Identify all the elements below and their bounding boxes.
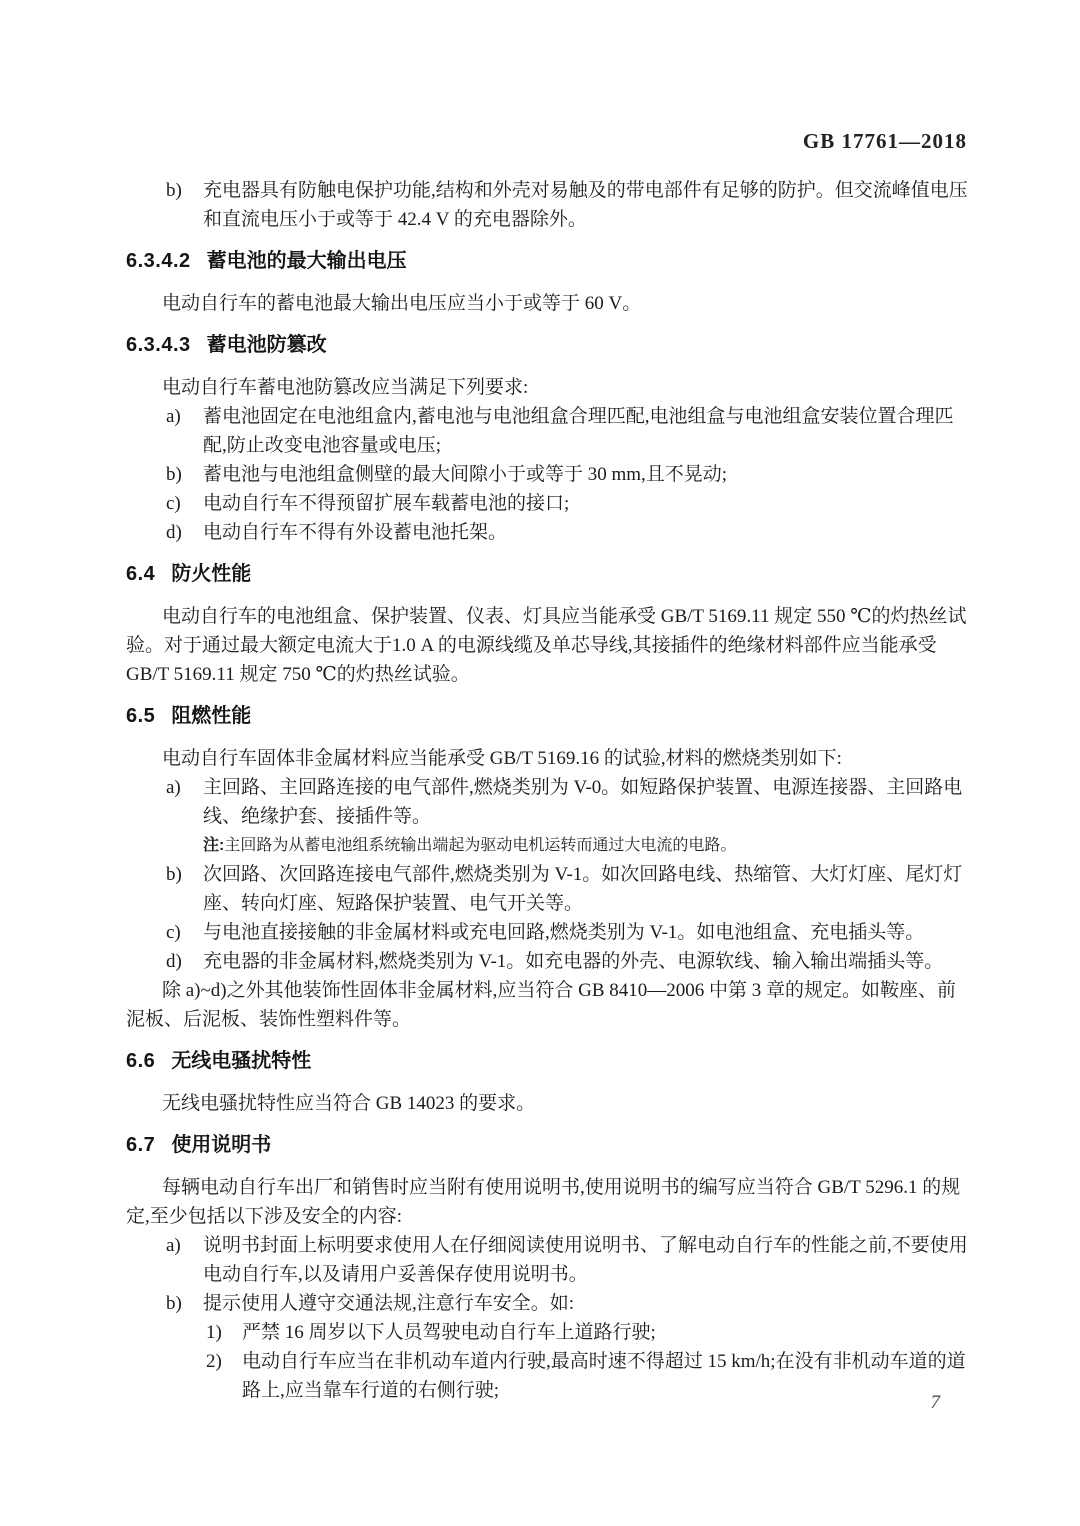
list-marker: a) — [166, 402, 181, 431]
list-item-65-b: b) 次回路、次回路连接电气部件,燃烧类别为 V-1。如次回路电线、热缩管、大灯… — [126, 860, 968, 918]
document-page: GB 17761—2018 b) 充电器具有防触电保护功能,结构和外壳对易触及的… — [0, 0, 1080, 1526]
section-title: 蓄电池的最大输出电压 — [207, 250, 407, 272]
list-marker: a) — [166, 773, 181, 802]
sublist-marker: 2) — [206, 1347, 222, 1376]
list-item-text: 提示使用人遵守交通法规,注意行车安全。如: — [203, 1293, 574, 1314]
section-heading-6-7: 6.7使用说明书 — [126, 1131, 968, 1160]
paragraph-6-6: 无线电骚扰特性应当符合 GB 14023 的要求。 — [126, 1089, 968, 1118]
list-item-text: 说明书封面上标明要求使用人在仔细阅读使用说明书、了解电动自行车的性能之前,不要使… — [203, 1235, 968, 1285]
sublist-item-67-b-1: 1) 严禁 16 周岁以下人员驾驶电动自行车上道路行驶; — [126, 1318, 968, 1347]
list-item-65-d: d) 充电器的非金属材料,燃烧类别为 V-1。如充电器的外壳、电源软线、输入输出… — [126, 947, 968, 976]
list-marker: c) — [166, 918, 181, 947]
list-item-65-c: c) 与电池直接接触的非金属材料或充电回路,燃烧类别为 V-1。如电池组盒、充电… — [126, 918, 968, 947]
note-main-circuit: 注:主回路为从蓄电池组系统输出端起为驱动电机运转而通过大电流的电路。 — [126, 831, 968, 860]
list-item-text: 充电器具有防触电保护功能,结构和外壳对易触及的带电部件有足够的防护。但交流峰值电… — [203, 180, 968, 230]
sublist-item-text: 电动自行车应当在非机动车道内行驶,最高时速不得超过 15 km/h;在没有非机动… — [242, 1351, 966, 1401]
list-item-text: 主回路、主回路连接的电气部件,燃烧类别为 V-0。如短路保护装置、电源连接器、主… — [203, 777, 962, 827]
section-title: 防火性能 — [171, 563, 251, 585]
list-item-6343-a: a) 蓄电池固定在电池组盒内,蓄电池与电池组盒合理匹配,电池组盒与电池组盒安装位… — [126, 402, 968, 460]
list-item-charger-b: b) 充电器具有防触电保护功能,结构和外壳对易触及的带电部件有足够的防护。但交流… — [126, 176, 968, 234]
list-marker: b) — [166, 860, 182, 889]
list-item-6343-d: d) 电动自行车不得有外设蓄电池托架。 — [126, 518, 968, 547]
note-text: 主回路为从蓄电池组系统输出端起为驱动电机运转而通过大电流的电路。 — [224, 837, 736, 854]
section-number: 6.4 — [126, 563, 155, 585]
section-heading-6-3-4-2: 6.3.4.2蓄电池的最大输出电压 — [126, 247, 968, 276]
list-item-6343-b: b) 蓄电池与电池组盒侧壁的最大间隙小于或等于 30 mm,且不晃动; — [126, 460, 968, 489]
sublist-marker: 1) — [206, 1318, 222, 1347]
section-title: 使用说明书 — [171, 1134, 271, 1156]
list-item-text: 电动自行车不得预留扩展车载蓄电池的接口; — [203, 493, 569, 514]
sublist-item-67-b-2: 2) 电动自行车应当在非机动车道内行驶,最高时速不得超过 15 km/h;在没有… — [126, 1347, 968, 1405]
section-heading-6-3-4-3: 6.3.4.3蓄电池防篡改 — [126, 331, 968, 360]
list-item-65-a: a) 主回路、主回路连接的电气部件,燃烧类别为 V-0。如短路保护装置、电源连接… — [126, 773, 968, 831]
list-item-67-b: b) 提示使用人遵守交通法规,注意行车安全。如: — [126, 1289, 968, 1318]
list-item-67-a: a) 说明书封面上标明要求使用人在仔细阅读使用说明书、了解电动自行车的性能之前,… — [126, 1231, 968, 1289]
list-item-text: 电动自行车不得有外设蓄电池托架。 — [203, 522, 507, 543]
section-heading-6-4: 6.4防火性能 — [126, 560, 968, 589]
section-heading-6-6: 6.6无线电骚扰特性 — [126, 1047, 968, 1076]
list-item-6343-c: c) 电动自行车不得预留扩展车载蓄电池的接口; — [126, 489, 968, 518]
list-item-text: 蓄电池固定在电池组盒内,蓄电池与电池组盒合理匹配,电池组盒与电池组盒安装位置合理… — [203, 406, 954, 456]
section-title: 阻燃性能 — [171, 705, 251, 727]
document-content: b) 充电器具有防触电保护功能,结构和外壳对易触及的带电部件有足够的防护。但交流… — [126, 176, 968, 1405]
section-number: 6.7 — [126, 1134, 155, 1156]
list-marker: d) — [166, 518, 182, 547]
paragraph-6-3-4-3-intro: 电动自行车蓄电池防篡改应当满足下列要求: — [126, 373, 968, 402]
paragraph-6-5-other-materials: 除 a)~d)之外其他装饰性固体非金属材料,应当符合 GB 8410—2006 … — [126, 976, 968, 1034]
list-item-text: 充电器的非金属材料,燃烧类别为 V-1。如充电器的外壳、电源软线、输入输出端插头… — [203, 951, 943, 972]
section-heading-6-5: 6.5阻燃性能 — [126, 702, 968, 731]
section-number: 6.3.4.2 — [126, 250, 191, 272]
list-marker: b) — [166, 176, 182, 205]
list-marker: d) — [166, 947, 182, 976]
paragraph-6-3-4-2: 电动自行车的蓄电池最大输出电压应当小于或等于 60 V。 — [126, 289, 968, 318]
sublist-item-text: 严禁 16 周岁以下人员驾驶电动自行车上道路行驶; — [242, 1322, 656, 1343]
list-marker: c) — [166, 489, 181, 518]
list-item-text: 与电池直接接触的非金属材料或充电回路,燃烧类别为 V-1。如电池组盒、充电插头等… — [203, 922, 924, 943]
doc-code-header: GB 17761—2018 — [803, 129, 967, 154]
list-marker: b) — [166, 460, 182, 489]
paragraph-6-7-intro: 每辆电动自行车出厂和销售时应当附有使用说明书,使用说明书的编写应当符合 GB/T… — [126, 1173, 968, 1231]
section-title: 蓄电池防篡改 — [207, 334, 327, 356]
section-number: 6.5 — [126, 705, 155, 727]
section-number: 6.3.4.3 — [126, 334, 191, 356]
paragraph-6-4: 电动自行车的电池组盒、保护装置、仪表、灯具应当能承受 GB/T 5169.11 … — [126, 602, 968, 689]
page-number: 7 — [931, 1392, 941, 1414]
section-number: 6.6 — [126, 1050, 155, 1072]
list-marker: b) — [166, 1289, 182, 1318]
section-title: 无线电骚扰特性 — [171, 1050, 311, 1072]
paragraph-6-5-intro: 电动自行车固体非金属材料应当能承受 GB/T 5169.16 的试验,材料的燃烧… — [126, 744, 968, 773]
list-item-text: 蓄电池与电池组盒侧壁的最大间隙小于或等于 30 mm,且不晃动; — [203, 464, 727, 485]
note-label: 注: — [203, 837, 224, 854]
list-marker: a) — [166, 1231, 181, 1260]
list-item-text: 次回路、次回路连接电气部件,燃烧类别为 V-1。如次回路电线、热缩管、大灯灯座、… — [203, 864, 962, 914]
